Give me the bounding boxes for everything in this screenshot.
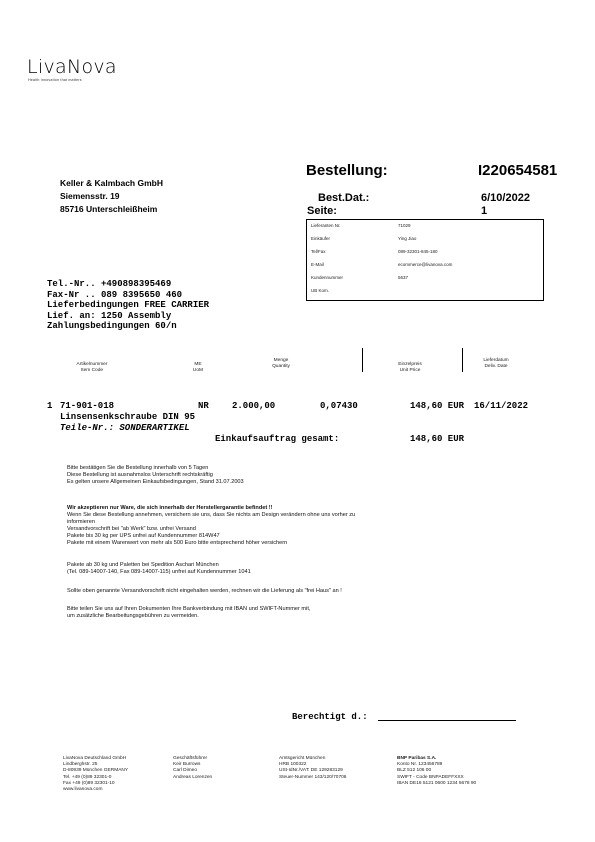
contact-label: E-Mail bbox=[311, 262, 324, 267]
line-item-code: 71-901-018 bbox=[60, 401, 114, 412]
fax-number: Fax-Nr .. 089 8395650 460 bbox=[47, 290, 209, 301]
header-divider bbox=[462, 348, 463, 372]
order-date-label: Best.Dat.: bbox=[318, 192, 369, 204]
supplier-city: 85716 Unterschleißheim bbox=[60, 203, 163, 216]
warranty-notice: Wir akzeptieren nur Ware, die sich inner… bbox=[67, 505, 355, 512]
contact-label: Einkäufer bbox=[311, 236, 330, 241]
line-item-unit: NR bbox=[198, 401, 209, 412]
contact-value: Ying Jiao bbox=[398, 236, 416, 241]
company-logo: LivaNova bbox=[27, 56, 117, 78]
contact-email[interactable]: ecommerce@livanova.com bbox=[398, 262, 452, 267]
order-date: 6/10/2022 bbox=[481, 192, 530, 204]
footer-registry: Amtsgericht München HRB 100322 USt-IdNr.… bbox=[279, 756, 346, 781]
footer-website[interactable]: www.livanova.com bbox=[63, 787, 128, 793]
footer-company: LivaNova Deutschland GmbH Lindberghstr. … bbox=[63, 756, 128, 793]
contact-value: 71029 bbox=[398, 223, 411, 228]
header-item-code: Artikelnummer Item Code bbox=[62, 362, 122, 374]
terms-block: Tel.-Nr.. +490898395469 Fax-Nr .. 089 83… bbox=[47, 279, 209, 332]
total-value: 148,60 EUR bbox=[410, 434, 464, 445]
header-unit-price: Einzelpreis Unit Price bbox=[390, 362, 430, 374]
line-item-amount: 148,60 EUR bbox=[410, 401, 464, 412]
contact-label: Lieferanten Nr. bbox=[311, 223, 341, 228]
contact-label: UB Kom. bbox=[311, 288, 329, 293]
notes-block-1: Bitte bestätigen Sie die Bestellung inne… bbox=[67, 465, 244, 486]
total-label: Einkaufsauftrag gesamt: bbox=[215, 434, 339, 445]
header-quantity: Menge Quantity bbox=[266, 358, 296, 370]
notes-block-4: Sollte oben genannte Versandvorschrift n… bbox=[67, 588, 342, 595]
contact-value: 089-32301-845-180 bbox=[398, 249, 438, 254]
order-title-label: Bestellung: bbox=[306, 162, 388, 179]
supplier-address: Keller & Kalmbach GmbH Siemensstr. 19 85… bbox=[60, 177, 163, 216]
supplier-name: Keller & Kalmbach GmbH bbox=[60, 177, 163, 190]
notes-block-2: Wir akzeptieren nur Ware, die sich inner… bbox=[67, 505, 355, 547]
page-number: 1 bbox=[481, 205, 487, 217]
header-divider bbox=[362, 348, 363, 372]
header-delivery-date: Lieferdatum Deliv. Date bbox=[476, 358, 516, 370]
footer-management: Geschäftsführer Keir Burrows Carl Dimeo … bbox=[173, 756, 212, 781]
contact-box: Lieferanten Nr. 71029 Einkäufer Ying Jia… bbox=[306, 219, 544, 301]
order-number: I220654581 bbox=[478, 162, 557, 179]
line-item-description: Linsensenkschraube DIN 95 bbox=[60, 412, 195, 423]
header-unit: ME UoM bbox=[186, 362, 210, 374]
page-label: Seite: bbox=[307, 205, 337, 217]
notes-block-5: Bitte teilen Sie uns auf Ihren Dokumente… bbox=[67, 606, 310, 620]
delivery-terms: Lieferbedingungen FREE CARRIER bbox=[47, 300, 209, 311]
line-item-quantity: 2.000,00 bbox=[232, 401, 275, 412]
notes-block-3: Pakete ab 30 kg und Paletten bei Spediti… bbox=[67, 562, 251, 576]
line-item-part-no: Teile-Nr.: SONDERARTIKEL bbox=[60, 423, 190, 434]
company-tagline: Health innovation that matters bbox=[28, 78, 82, 82]
signature-line bbox=[378, 720, 516, 721]
payment-terms: Zahlungsbedingungen 60/n bbox=[47, 321, 209, 332]
footer-bank: BNP Paribas S.A. Konto Nr. 123456789 BLZ… bbox=[397, 756, 476, 787]
signature-label: Berechtigt d.: bbox=[292, 712, 368, 723]
supplier-street: Siemensstr. 19 bbox=[60, 190, 163, 203]
line-item-unit-price: 0,07430 bbox=[320, 401, 358, 412]
contact-label: Kundennummer bbox=[311, 275, 343, 280]
tel-number: Tel.-Nr.. +490898395469 bbox=[47, 279, 209, 290]
contact-label: Tel/Fax bbox=[311, 249, 326, 254]
line-item-delivery-date: 16/11/2022 bbox=[474, 401, 528, 412]
contact-value: 5637 bbox=[398, 275, 408, 280]
line-item-pos: 1 bbox=[47, 401, 52, 412]
deliver-to: Lief. an: 1250 Assembly bbox=[47, 311, 209, 322]
